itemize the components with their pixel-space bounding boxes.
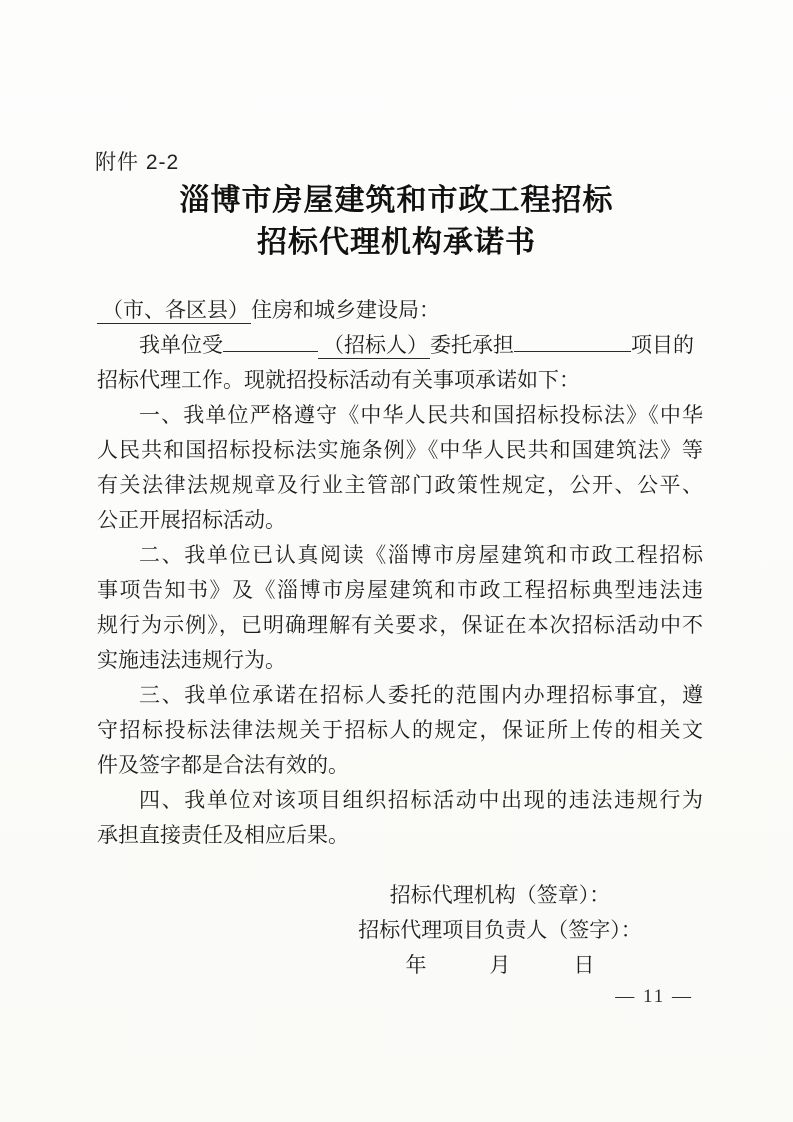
fill-in-blank-tenderer: [223, 331, 318, 352]
document-page: 附件 2-2 淄博市房屋建筑和市政工程招标 招标代理机构承诺书 （市、各区县）住…: [0, 0, 793, 1122]
signature-date-line: 年 月 日: [280, 948, 720, 983]
intro-seg3: 委托承担: [430, 333, 514, 357]
paragraph-4-line: 四、我单位对该项目组织招标活动中出现的违法违规行为: [97, 783, 703, 818]
paragraph-2-line: 事项告知书》及《淄博市房屋建筑和市政工程招标典型违法违: [97, 573, 703, 608]
intro-line-2: 招标代理工作。现就招投标活动有关事项承诺如下：: [97, 363, 703, 398]
greeting-underlined-blank: （市、各区县）: [97, 298, 251, 324]
signature-manager-line: 招标代理项目负责人（签字）：: [280, 913, 720, 948]
paragraph-1-line: 公正开展招标活动。: [97, 503, 703, 538]
attachment-label: 附件 2-2: [95, 146, 179, 176]
page-number: — 11 —: [615, 986, 693, 1008]
intro-line-1: 我单位受（招标人）委托承担项目的: [97, 328, 703, 363]
greeting-line: （市、各区县）住房和城乡建设局：: [97, 293, 703, 328]
paragraph-4-line: 承担直接责任及相应后果。: [97, 818, 703, 853]
paragraph-3-line: 守招标投标法律法规关于招标人的规定，保证所上传的相关文: [97, 713, 703, 748]
intro-seg2-tenderer-label: （招标人）: [318, 333, 430, 359]
document-title: 淄博市房屋建筑和市政工程招标 招标代理机构承诺书: [0, 180, 793, 264]
fill-in-blank-project: [514, 331, 631, 352]
greeting-rest: 住房和城乡建设局：: [251, 298, 440, 322]
paragraph-1-line: 有关法律法规规章及行业主管部门政策性规定，公开、公平、: [97, 468, 703, 503]
intro-seg4: 项目的: [631, 333, 694, 357]
document-title-line2: 招标代理机构承诺书: [0, 222, 793, 264]
document-title-line1: 淄博市房屋建筑和市政工程招标: [0, 180, 793, 222]
paragraph-2-line: 实施违法违规行为。: [97, 643, 703, 678]
paragraph-1-line: 一、我单位严格遵守《中华人民共和国招标投标法》《中华: [97, 398, 703, 433]
paragraph-2-line: 规行为示例》，已明确理解有关要求，保证在本次招标活动中不: [97, 608, 703, 643]
paragraph-1-line: 人民共和国招标投标法实施条例》《中华人民共和国建筑法》等: [97, 433, 703, 468]
intro-seg1: 我单位受: [139, 333, 223, 357]
paragraph-2-line: 二、我单位已认真阅读《淄博市房屋建筑和市政工程招标: [97, 538, 703, 573]
signature-agency-line: 招标代理机构（签章）：: [280, 878, 720, 913]
signature-block: 招标代理机构（签章）： 招标代理项目负责人（签字）： 年 月 日: [280, 878, 720, 983]
paragraph-3-line: 三、我单位承诺在招标人委托的范围内办理招标事宜，遵: [97, 678, 703, 713]
document-body: （市、各区县）住房和城乡建设局： 我单位受（招标人）委托承担项目的 招标代理工作…: [97, 293, 703, 853]
paragraph-3-line: 件及签字都是合法有效的。: [97, 748, 703, 783]
